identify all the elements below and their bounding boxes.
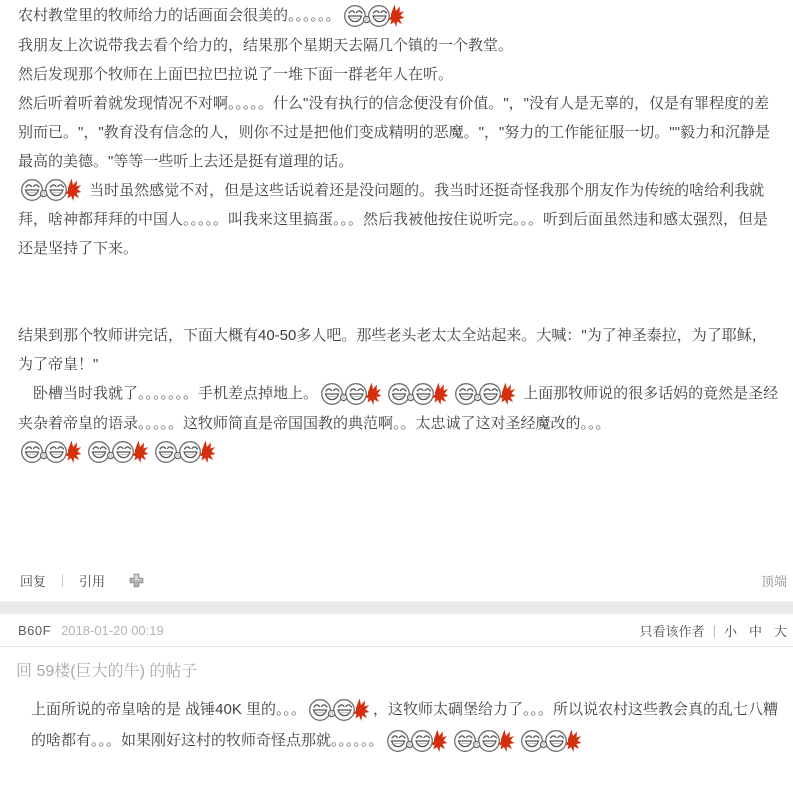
- laugh-punch-blood-emoticon-svg: [520, 727, 581, 754]
- post-paragraph: 然后听着听着就发现情况不对啊。。。。。什么"没有执行的信念便没有价值。"，"没有…: [18, 89, 779, 176]
- post-2-header: B60F 2018-01-20 00:19 只看该作者 | 小 中 大: [0, 614, 793, 647]
- laugh-punch-blood-emoticon: [20, 176, 81, 203]
- footer-divider: [62, 574, 63, 587]
- reply-button[interactable]: 回复: [18, 571, 48, 590]
- laugh-punch-blood-emoticon-svg: [453, 727, 514, 754]
- font-size-small-button[interactable]: 小: [724, 621, 737, 640]
- post-2: B60F 2018-01-20 00:19 只看该作者 | 小 中 大 回 59…: [0, 614, 793, 786]
- post-paragraph: [18, 438, 779, 468]
- rate-plus-icon[interactable]: [129, 573, 144, 588]
- laugh-punch-blood-emoticon-svg: [343, 2, 404, 29]
- post-paragraph: 然后发现那个牧师在上面巴拉巴拉说了一堆下面一群老年人在听。: [18, 60, 779, 89]
- laugh-punch-blood-emoticon-svg: [87, 438, 148, 465]
- laugh-punch-blood-emoticon: [320, 380, 381, 407]
- laugh-punch-blood-emoticon: [20, 438, 81, 465]
- post-paragraph: 农村教堂里的牧师给力的话画面会很美的。。。。。。: [18, 1, 779, 31]
- post-paragraph: [18, 263, 779, 292]
- post-text: 然后听着听着就发现情况不对啊。。。。。什么"没有执行的信念便没有价值。"，"没有…: [18, 95, 770, 170]
- laugh-punch-blood-emoticon-svg: [308, 696, 369, 723]
- forum-thread-page: 农村教堂里的牧师给力的话画面会很美的。。。。。。 我朋友上次说带我去看个给力的，…: [0, 0, 793, 786]
- laugh-punch-blood-emoticon-svg: [20, 438, 81, 465]
- post-1-body: 农村教堂里的牧师给力的话画面会很美的。。。。。。 我朋友上次说带我去看个给力的，…: [0, 0, 793, 467]
- post-text: 卧槽当时我就了。。。。。。。手机差点掉地上。: [18, 385, 318, 402]
- only-author-link[interactable]: 只看该作者: [640, 621, 705, 640]
- laugh-punch-blood-emoticon-svg: [386, 727, 447, 754]
- header-pipe-separator: |: [713, 623, 716, 638]
- post-paragraph: [18, 292, 779, 321]
- post-paragraph: 我朋友上次说带我去看个给力的，结果那个星期天去隔几个镇的一个教堂。: [18, 31, 779, 60]
- post-text: 当时虽然感觉不对，但是这些话说着还是没问题的。我当时还挺奇怪我那个朋友作为传统的…: [18, 182, 768, 258]
- post-text: 农村教堂里的牧师给力的话画面会很美的。。。。。。: [18, 7, 341, 24]
- laugh-punch-blood-emoticon: [454, 380, 515, 407]
- laugh-punch-blood-emoticon: [453, 727, 514, 754]
- post-2-body: 上面所说的帝皇啥的是 战锤40K 里的。。。 ，这牧师太碉堡给力了。。。所以说农…: [0, 681, 793, 756]
- post-text: 上面所说的帝皇啥的是 战锤40K 里的。。。: [31, 701, 306, 718]
- top-link[interactable]: 顶端: [761, 571, 787, 590]
- quote-button[interactable]: 引用: [77, 571, 107, 590]
- post-timestamp: 2018-01-20 00:19: [61, 623, 164, 638]
- laugh-punch-blood-emoticon: [87, 438, 148, 465]
- laugh-punch-blood-emoticon-svg: [454, 380, 515, 407]
- laugh-punch-blood-emoticon: [520, 727, 581, 754]
- laugh-punch-blood-emoticon-svg: [20, 176, 81, 203]
- laugh-punch-blood-emoticon: [343, 2, 404, 29]
- post-paragraph: 当时虽然感觉不对，但是这些话说着还是没问题的。我当时还挺奇怪我那个朋友作为传统的…: [18, 176, 779, 264]
- post-text: 结果到那个牧师讲完话，下面大概有40-50多人吧。那些老头老太太全站起来。大喊：…: [18, 327, 767, 373]
- post-paragraph: 结果到那个牧师讲完话，下面大概有40-50多人吧。那些老头老太太全站起来。大喊：…: [18, 321, 779, 379]
- post-2-header-tools: 只看该作者 | 小 中 大: [640, 621, 787, 640]
- post-paragraph: 卧槽当时我就了。。。。。。。手机差点掉地上。 上面那: [18, 379, 779, 438]
- post-separator-band: [0, 601, 793, 614]
- font-size-medium-button[interactable]: 中: [749, 621, 762, 640]
- post-text: 然后发现那个牧师在上面巴拉巴拉说了一堆下面一群老年人在听。: [18, 66, 453, 83]
- floor-label: B60F: [18, 623, 51, 638]
- laugh-punch-blood-emoticon: [386, 727, 447, 754]
- font-size-large-button[interactable]: 大: [774, 621, 787, 640]
- laugh-punch-blood-emoticon-svg: [320, 380, 381, 407]
- laugh-punch-blood-emoticon-svg: [154, 438, 215, 465]
- reply-to-floor-title: 回 59楼(巨大的牛) 的帖子: [16, 658, 793, 681]
- post-1-footer: 回复 引用 顶端: [18, 569, 787, 591]
- post-text: 我朋友上次说带我去看个给力的，结果那个星期天去隔几个镇的一个教堂。: [18, 37, 513, 54]
- post-paragraph: 上面所说的帝皇啥的是 战锤40K 里的。。。 ，这牧师太碉堡给力了。。。所以说农…: [31, 694, 779, 756]
- laugh-punch-blood-emoticon: [387, 380, 448, 407]
- post-1: 农村教堂里的牧师给力的话画面会很美的。。。。。。 我朋友上次说带我去看个给力的，…: [0, 0, 793, 601]
- laugh-punch-blood-emoticon-svg: [387, 380, 448, 407]
- laugh-punch-blood-emoticon: [308, 696, 369, 723]
- laugh-punch-blood-emoticon: [154, 438, 215, 465]
